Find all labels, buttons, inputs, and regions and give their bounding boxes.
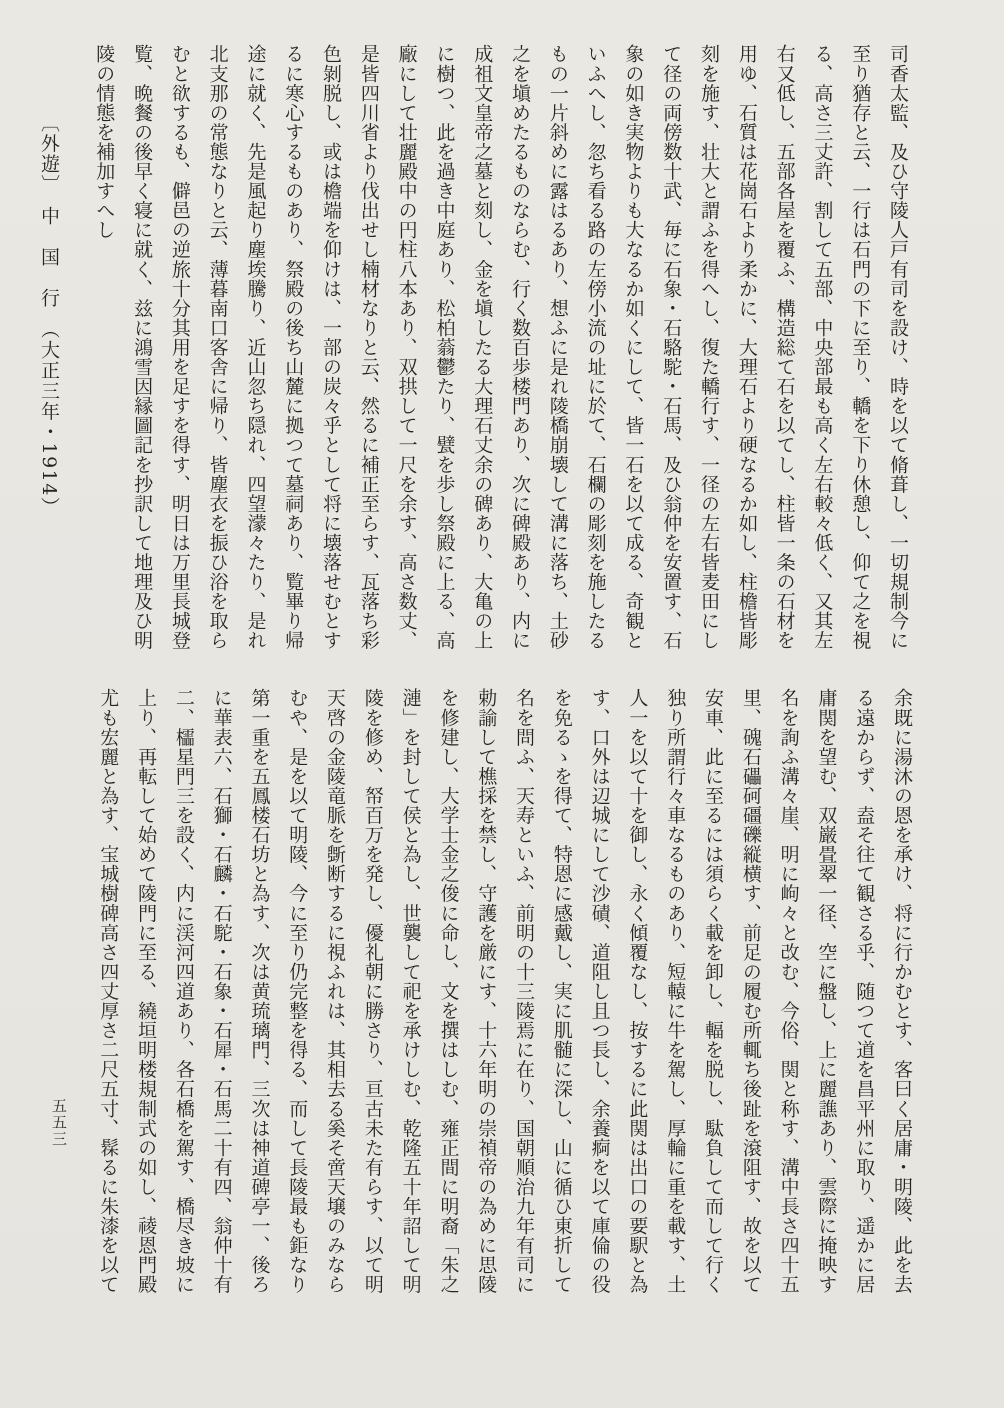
text-column: 用ゆ、石質は花崗石より柔かに、大理石より硬なるか如し、柱檐皆彫 bbox=[727, 44, 765, 656]
book-page: 司香太監、及ひ守陵人戸有司を設け、時を以て脩葺し、一切規制今に至り猶存と云、一行… bbox=[0, 0, 1004, 1408]
text-column: 至り猶存と云、一行は石門の下に至り、轎を下り休憩し、仰て之を視 bbox=[840, 44, 878, 656]
text-column: 色剝脱し、或は檐端を仰けは、一部の炭々乎として将に壊落せむとす bbox=[311, 44, 349, 656]
text-column: 上り、再転して始めて陵門に至る、繞垣明楼規制式の如し、祾恩門殿 bbox=[126, 688, 164, 1300]
text-column: 北支那の常態なりと云、薄暮南口客舎に帰り、皆塵衣を振ひ浴を取ら bbox=[198, 44, 236, 656]
text-column: る遠からず、盍そ往て観さる乎、随つて道を昌平州に取り、遥かに居 bbox=[844, 688, 882, 1300]
text-column: 余既に湯沐の恩を承け、将に行かむとす、客曰く居庸・明陵、此を去 bbox=[882, 688, 920, 1300]
text-column: 漣」を封して侯と為し、世襲して祀を承けしむ、乾隆五十年詔して明 bbox=[391, 688, 429, 1300]
text-column: る、高さ三丈許、割して五部、中央部最も高く左右較々低く、又其左 bbox=[803, 44, 841, 656]
text-column: 司香太監、及ひ守陵人戸有司を設け、時を以て脩葺し、一切規制今に bbox=[878, 44, 916, 656]
text-column: 二、櫺星門三を設く、内に渓河四道あり、各石橋を駕す、橋尽き坡に bbox=[164, 688, 202, 1300]
text-column: 庸関を望む、双巌畳翠一径、空に盤し、上に麗譙あり、雲際に掩映す bbox=[807, 688, 845, 1300]
text-column: 途に就く、先是風起り塵埃騰り、近山忽ち隠れ、四望濛々たり、是れ bbox=[236, 44, 274, 656]
running-header: 〔外遊〕 中 国 行 （大正三年・1914） bbox=[34, 113, 64, 673]
text-column: もの一片斜めに露はるあり、想ふに是れ陵橋崩壊して溝に落ち、土砂 bbox=[538, 44, 576, 656]
text-column: 刻を施す、壮大と謂ふを得へし、復た轎行す、一径の左右皆麦田にし bbox=[689, 44, 727, 656]
text-column: を免るゝを得て、特恩に感戴し、実に肌髄に深し、山に循ひ東折して bbox=[542, 688, 580, 1300]
text-column: 里、磈石礧砢礓礫縦横す、前足の履む所輒ち後趾を滾阻す、故を以て bbox=[731, 688, 769, 1300]
text-column: 右又低し、五部各屋を覆ふ、構造総て石を以てし、柱皆一条の石材を bbox=[765, 44, 803, 656]
text-column: むと欲するも、僻邑の逆旅十分其用を足すを得す、明日は万里長城登 bbox=[160, 44, 198, 656]
text-column: を修建し、大学士金之俊に命し、文を撰はしむ、雍正間に明裔「朱之 bbox=[429, 688, 467, 1300]
bottom-text-block: 余既に湯沐の恩を承け、将に行かむとす、客曰く居庸・明陵、此を去る遠からず、盍そ往… bbox=[88, 688, 920, 1300]
text-column: 名を詢ふ溝々崖、明に岣々と改む、今俗、関と称す、溝中長さ四十五 bbox=[769, 688, 807, 1300]
text-column: 陵を修め、帑百万を発し、優礼朝に勝さり、亘古未た有らす、以て明 bbox=[353, 688, 391, 1300]
text-column: 独り所謂行々車なるものあり、短轅に牛を駕し、厚輪に重を載す、土 bbox=[655, 688, 693, 1300]
text-column: て径の両傍数十武、毎に石象・石駱駝・石馬、及ひ翁仲を安置す、石 bbox=[651, 44, 689, 656]
text-column: いふへし、忽ち看る路の左傍小流の址に於て、石欄の彫刻を施したる bbox=[576, 44, 614, 656]
text-column: 是皆四川省より伐出せし楠材なりと云、然るに補正至らす、瓦落ち彩 bbox=[349, 44, 387, 656]
text-column: 尤も宏麗と為す、宝城樹碑高さ四丈厚さ二尺五寸、髹るに朱漆を以て bbox=[88, 688, 126, 1300]
text-column: 成祖文皇帝之墓と刻し、金を塡したる大理石丈余の碑あり、大亀の上 bbox=[462, 44, 500, 656]
text-column: 第一重を五鳳楼石坊と為す、次は黄琉璃門、三次は神道碑亭一、後ろ bbox=[240, 688, 278, 1300]
text-column: に華表六、石獅・石麟・石駝・石象・石犀・石馬二十有四、翁仲十有 bbox=[202, 688, 240, 1300]
text-column: 人一を以て十を御し、永く傾覆なし、按するに此関は出口の要駅と為 bbox=[618, 688, 656, 1300]
text-column: 安車、此に至るには須らく載を卸し、輻を脱し、駄負して而して行く bbox=[693, 688, 731, 1300]
text-column: 陵の情態を補加すへし bbox=[84, 44, 122, 656]
text-column: むや、是を以て明陵、今に至り仍完整を得る、而して長陵最も鉅なり bbox=[277, 688, 315, 1300]
text-column: に樹つ、此を過き中庭あり、松柏蓊鬱たり、甓を歩し祭殿に上る、高 bbox=[425, 44, 463, 656]
text-column: 名を問ふ、天寿といふ、前明の十三陵焉に在り、国朝順治九年有司に bbox=[504, 688, 542, 1300]
text-column: 廠にして壮麗殿中の円柱八本あり、双拱して一尺を余す、高さ数丈、 bbox=[387, 44, 425, 656]
text-column: 覧、晩餐の後早く寝に就く、兹に鴻雪因縁圖記を抄訳して地理及ひ明 bbox=[122, 44, 160, 656]
text-column: 勅諭して樵採を禁し、守護を厳にす、十六年明の崇禎帝の為めに思陵 bbox=[466, 688, 504, 1300]
text-column: 象の如き実物よりも大なるか如くにして、皆一石を以て成る、奇観と bbox=[614, 44, 652, 656]
text-column: す、口外は辺城にして沙磧、道阻し且つ長し、余養痾を以て庫倫の役 bbox=[580, 688, 618, 1300]
top-text-block: 司香太監、及ひ守陵人戸有司を設け、時を以て脩葺し、一切規制今に至り猶存と云、一行… bbox=[84, 44, 916, 656]
text-column: るに寒心するものあり、祭殿の後ち山麓に拠つて墓祠あり、覧畢り帰 bbox=[273, 44, 311, 656]
text-column: 天啓の金陵竜脈を斲断するに視ふれは、其相去る奚そ啻天壌のみなら bbox=[315, 688, 353, 1300]
text-column: 之を塡めたるものならむ、行く数百歩楼門あり、次に碑殿あり、内に bbox=[500, 44, 538, 656]
page-number: 五五三 bbox=[48, 1098, 70, 1148]
